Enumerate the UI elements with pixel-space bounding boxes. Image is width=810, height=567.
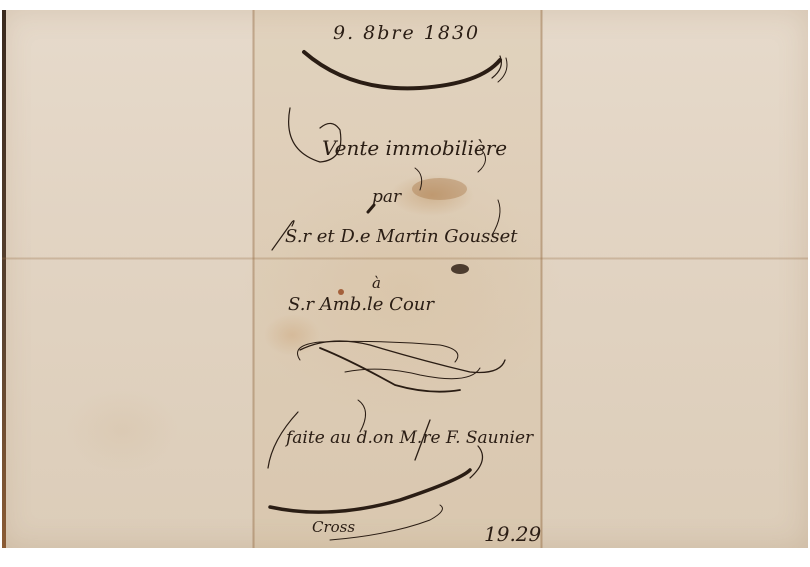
bottom-right-number: 19.29	[484, 522, 541, 546]
date-line: 9. 8bre 1830	[333, 22, 480, 44]
calligraphic-flourishes	[0, 0, 810, 567]
by-label: par	[372, 187, 401, 207]
title-line: Vente immobilière	[322, 136, 507, 160]
to-label: à	[372, 274, 381, 292]
seller-line: S.r et D.e Martin Gousset	[285, 226, 517, 247]
notary-line: faite au d.on M.re F. Saunier	[286, 428, 533, 448]
buyer-line: S.r Amb.le Cour	[288, 294, 434, 315]
bottom-left-note: Cross	[312, 518, 355, 536]
